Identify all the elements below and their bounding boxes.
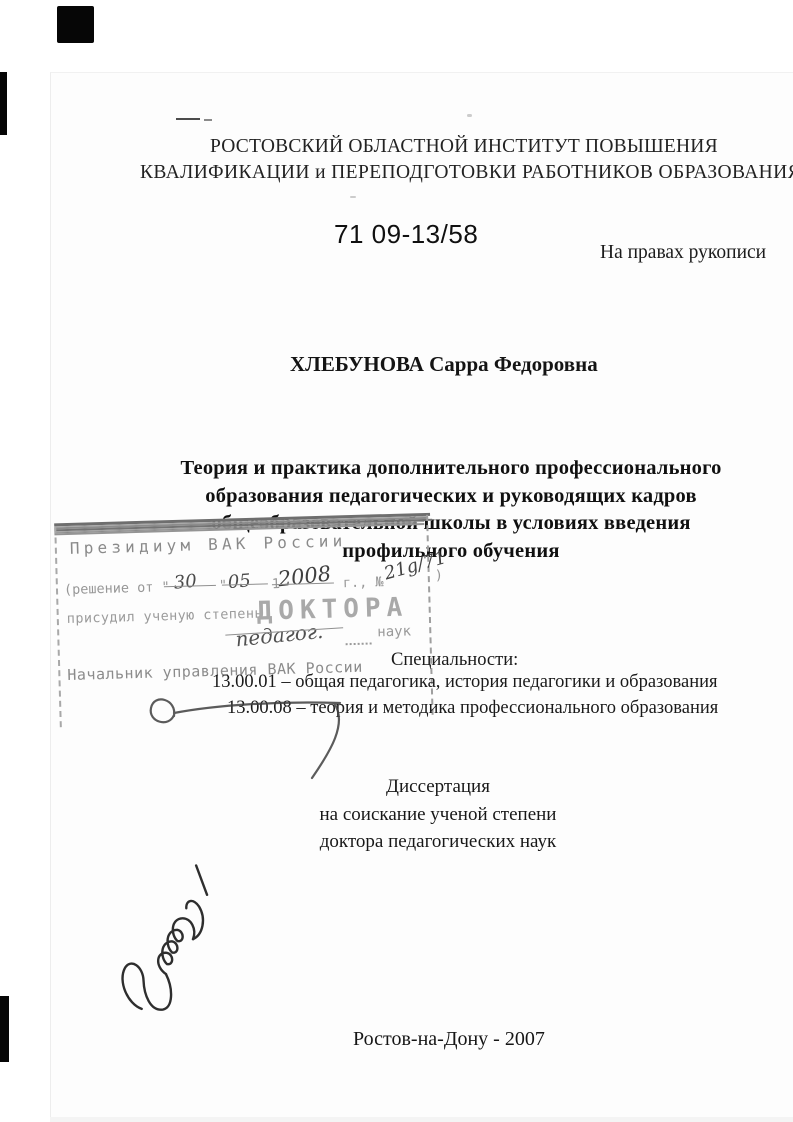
title-line-1: Теория и практика дополнительного профес…: [101, 455, 793, 483]
author-name: ХЛЕБУНОВА Сарра Федоровна: [290, 352, 590, 377]
stamp-awarded-text: присудил ученую степень: [67, 606, 264, 627]
scan-speck: [467, 114, 472, 117]
handwritten-year: 2008: [277, 561, 333, 591]
handwritten-month: 05: [227, 570, 252, 593]
official-signature-flourish: [146, 690, 361, 785]
institute-name-line1: РОСТОВСКИЙ ОБЛАСТНОЙ ИНСТИТУТ ПОВЫШЕНИЯ: [210, 136, 718, 158]
city-year: Ростов-на-Дону - 2007: [353, 1028, 545, 1051]
institute-name-line2: КВАЛИФИКАЦИИ и ПЕРЕПОДГОТОВКИ РАБОТНИКОВ…: [140, 162, 793, 184]
catalog-number: 71 09-13/58: [334, 219, 478, 250]
dissertation-statement: Диссертация на соискание ученой степени …: [288, 773, 588, 856]
scan-left-edge-bar-bottom: [0, 996, 9, 1062]
pencil-dash-mark: [176, 118, 200, 120]
scan-left-edge-bar-top: [0, 72, 7, 135]
dissertation-line-1: Диссертация: [288, 773, 588, 801]
dissertation-line-2: на соискание ученой степени: [288, 801, 588, 829]
scanned-dissertation-title-page: РОСТОВСКИЙ ОБЛАСТНОЙ ИНСТИТУТ ПОВЫШЕНИЯ …: [0, 0, 793, 1122]
stamp-nauk-word: наук: [377, 623, 411, 640]
specialties-label: Специальности:: [391, 650, 518, 671]
page-bottom-shadow: [50, 1117, 793, 1122]
dotted-fill-line: [346, 643, 372, 646]
stamp-close-paren: ): [435, 567, 444, 583]
handwritten-science-field: педагог.: [234, 619, 324, 651]
manuscript-rights-note: На правах рукописи: [600, 242, 766, 264]
handwritten-day: 30: [173, 571, 198, 594]
stamp-number-label: г., №: [343, 574, 384, 591]
pencil-dash-mark-small: [204, 119, 212, 121]
stamp-decision-prefix: (решение от ": [64, 579, 170, 598]
scan-speck: [350, 196, 356, 198]
title-line-2: образования педагогических и руководящих…: [101, 483, 793, 511]
dissertation-line-3: доктора педагогических наук: [288, 828, 588, 856]
stamp-degree-word: ДОКТОРА: [256, 592, 408, 626]
stamp-organization: Президиум ВАК России: [70, 531, 347, 558]
scan-corner-black-square: [57, 6, 94, 43]
